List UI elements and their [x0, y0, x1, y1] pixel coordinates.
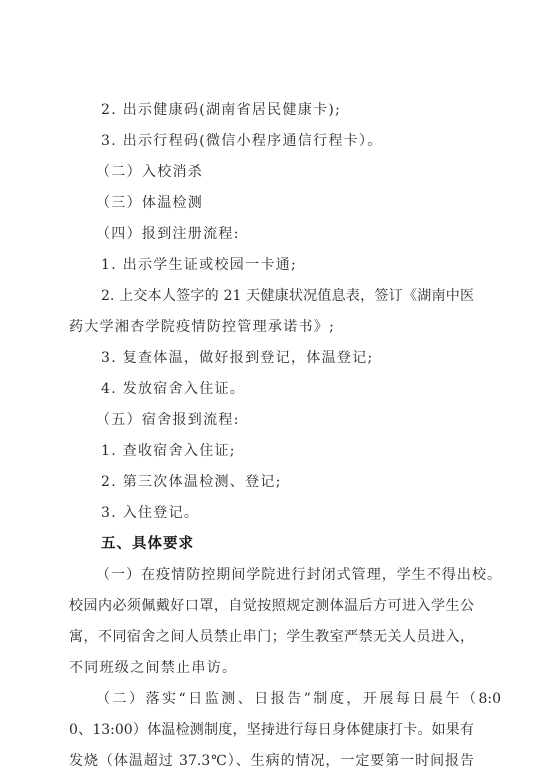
- text-line: 3. 出示行程码(微信小程序通信行程卡）。: [101, 131, 474, 151]
- text-line: 3. 入住登记。: [101, 503, 474, 523]
- text-line: 0、13:00）体温检测制度，坚持进行每日身体健康打卡。如果有: [69, 720, 474, 740]
- text-line: （四）报到注册流程:: [96, 224, 501, 244]
- text-line: 2. 第三次体温检测、登记;: [101, 472, 474, 492]
- text-line: 校园内必须佩戴好口罩，自觉按照规定测体温后方可进入学生公: [69, 596, 474, 616]
- text-line: （三）体温检测: [96, 193, 501, 213]
- text-line: 4. 发放宿舍入住证。: [101, 379, 474, 399]
- text-line: 2. 上交本人签字的 21 天健康状况值息表，签订《湖南中医: [101, 286, 474, 306]
- text-line: 寓，不同宿舍之间人员禁止串门；学生教室严禁无关人员进入，: [69, 627, 474, 647]
- text-line: 发烧（体温超过 37.3℃）、生病的情况，一定要第一时间报告: [69, 751, 474, 768]
- text-line: 1. 出示学生证或校园一卡通;: [101, 255, 474, 275]
- text-line: 1. 查收宿舍入住证;: [101, 441, 474, 461]
- section-heading: 五、具体要求: [101, 534, 474, 554]
- page-number: 3: [266, 725, 271, 735]
- text-line: （一）在疫情防控期间学院进行封闭式管理，学生不得出校。: [96, 565, 501, 585]
- text-line: 3. 复查体温，做好报到登记，体温登记;: [101, 348, 474, 368]
- text-line: （二）入校消杀: [96, 162, 501, 182]
- text-line: （二）落实“日监测、日报告”制度，开展每日晨午（8:0: [96, 689, 501, 709]
- text-line: （五）宿舍报到流程:: [96, 410, 501, 430]
- text-line: 不同班级之间禁止串访。: [69, 658, 474, 678]
- text-line: 2. 出示健康码(湖南省居民健康卡);: [101, 100, 474, 120]
- text-line: 药大学湘杏学院疫情防控管理承诺书》;: [69, 317, 474, 337]
- document-page: 2. 出示健康码(湖南省居民健康卡); 3. 出示行程码(微信小程序通信行程卡）…: [0, 0, 542, 768]
